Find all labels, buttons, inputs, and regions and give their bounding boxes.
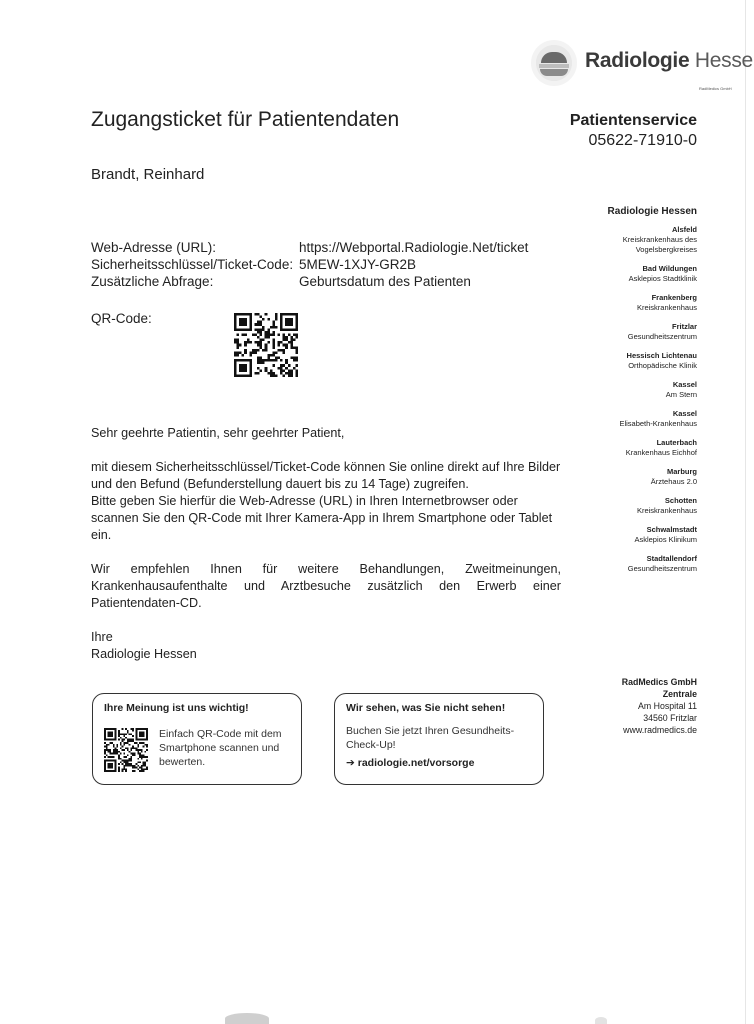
sidebar-brand: Radiologie Hessen — [608, 206, 697, 217]
salutation: Sehr geehrte Patientin, sehr geehrter Pa… — [91, 425, 561, 442]
location-facility: Krankenhaus Eichhof — [608, 448, 697, 458]
closing-ihre: Ihre — [91, 629, 561, 646]
location-facility: Vogelsbergkreises — [608, 245, 697, 255]
letter-body: Sehr geehrte Patientin, sehr geehrter Pa… — [91, 425, 561, 663]
location-item: FrankenbergKreiskrankenhaus — [608, 293, 697, 313]
location-facility: Kreiskrankenhaus — [608, 303, 697, 313]
location-item: StadtallendorfGesundheitszentrum — [608, 554, 697, 574]
promo-link-text[interactable]: radiologie.net/vorsorge — [358, 757, 475, 769]
patient-name: Brandt, Reinhard — [91, 166, 204, 183]
feedback-text: Einfach QR-Code mit dem Smartphone scann… — [159, 727, 289, 769]
location-city: Marburg — [608, 467, 697, 477]
field-additional-query: Zusätzliche Abfrage: Geburtsdatum des Pa… — [91, 273, 528, 290]
location-item: SchwalmstadtAsklepios Klinikum — [608, 525, 697, 545]
location-item: KasselAm Stern — [608, 380, 697, 400]
field-label: Web-Adresse (URL): — [91, 239, 299, 256]
field-ticket-code: Sicherheitsschlüssel/Ticket-Code: 5MEW-1… — [91, 256, 528, 273]
location-item: AlsfeldKreiskrankenhaus desVogelsbergkre… — [608, 225, 697, 255]
headquarters-address: RadMedics GmbH Zentrale Am Hospital 11 3… — [622, 676, 697, 736]
logo-wordmark: Radiologie Hessen — [585, 49, 754, 73]
location-city: Kassel — [608, 409, 697, 419]
radiologie-logo-icon — [531, 40, 577, 86]
headquarters-label: Zentrale — [622, 688, 697, 700]
radiologie-hessen-logo: Radiologie Hessen RadMedics GmbH — [531, 40, 743, 92]
paragraph-recommendation: Wir empfehlen Ihnen für weitere Behandlu… — [91, 561, 561, 612]
field-label: Zusätzliche Abfrage: — [91, 273, 299, 290]
location-item: KasselElisabeth-Krankenhaus — [608, 409, 697, 429]
location-facility: Asklepios Stadtklinik — [608, 274, 697, 284]
field-url: Web-Adresse (URL): https://Webportal.Rad… — [91, 239, 528, 256]
paragraph-access: mit diesem Sicherheitsschlüssel/Ticket-C… — [91, 459, 561, 493]
feedback-heading: Ihre Meinung ist uns wichtig! — [104, 702, 249, 714]
website-link[interactable]: www.radmedics.de — [622, 724, 697, 736]
location-facility: Gesundheitszentrum — [608, 332, 697, 342]
location-city: Fritzlar — [608, 322, 697, 332]
arrow-right-icon: ➔ — [346, 757, 355, 769]
company-name: RadMedics GmbH — [622, 676, 697, 688]
document-title: Zugangsticket für Patientendaten — [91, 108, 399, 132]
service-label: Patientenservice — [570, 112, 697, 130]
location-city: Schotten — [608, 496, 697, 506]
location-city: Frankenberg — [608, 293, 697, 303]
field-value-ticket-code: 5MEW-1XJY-GR2B — [299, 256, 416, 273]
location-facility: Orthopädische Klinik — [608, 361, 697, 371]
location-item: MarburgÄrztehaus 2.0 — [608, 467, 697, 487]
location-facility: Elisabeth-Krankenhaus — [608, 419, 697, 429]
field-value-additional-query: Geburtsdatum des Patienten — [299, 273, 471, 290]
field-value-url[interactable]: https://Webportal.Radiologie.Net/ticket — [299, 239, 528, 256]
location-facility: Ärztehaus 2.0 — [608, 477, 697, 487]
promo-heading: Wir sehen, was Sie nicht sehen! — [346, 702, 505, 714]
location-item: FritzlarGesundheitszentrum — [608, 322, 697, 342]
scan-page-edge — [745, 0, 746, 1024]
location-city: Hessisch Lichtenau — [608, 351, 697, 361]
promo-link[interactable]: ➔ radiologie.net/vorsorge — [346, 757, 474, 769]
patient-service: Patientenservice 05622-71910-0 — [570, 112, 697, 150]
feedback-qr-code-icon[interactable] — [104, 728, 148, 772]
promo-box: Wir sehen, was Sie nicht sehen! Buchen S… — [334, 693, 544, 785]
location-city: Alsfeld — [608, 225, 697, 235]
location-facility: Kreiskrankenhaus des — [608, 235, 697, 245]
location-facility: Gesundheitszentrum — [608, 564, 697, 574]
location-item: SchottenKreiskrankenhaus — [608, 496, 697, 516]
locations-sidebar: Radiologie Hessen AlsfeldKreiskrankenhau… — [608, 206, 697, 583]
location-item: Bad WildungenAsklepios Stadtklinik — [608, 264, 697, 284]
qr-code-icon[interactable] — [234, 313, 298, 377]
scan-smudge — [225, 1013, 269, 1024]
location-city: Lauterbach — [608, 438, 697, 448]
location-item: LauterbachKrankenhaus Eichhof — [608, 438, 697, 458]
location-facility: Kreiskrankenhaus — [608, 506, 697, 516]
scan-smudge — [595, 1017, 607, 1024]
location-facility: Asklepios Klinikum — [608, 535, 697, 545]
field-label: Sicherheitsschlüssel/Ticket-Code: — [91, 256, 299, 273]
location-city: Bad Wildungen — [608, 264, 697, 274]
location-item: Hessisch LichtenauOrthopädische Klinik — [608, 351, 697, 371]
location-facility: Am Stern — [608, 390, 697, 400]
access-fields: Web-Adresse (URL): https://Webportal.Rad… — [91, 239, 528, 290]
qr-code-label: QR-Code: — [91, 311, 152, 326]
logo-subtitle: RadMedics GmbH — [699, 86, 732, 91]
promo-text: Buchen Sie jetzt Ihren Gesundheits-Check… — [346, 724, 536, 752]
service-phone: 05622-71910-0 — [570, 132, 697, 150]
closing-signature: Radiologie Hessen — [91, 646, 561, 663]
locations-list: AlsfeldKreiskrankenhaus desVogelsbergkre… — [608, 225, 697, 574]
location-city: Schwalmstadt — [608, 525, 697, 535]
feedback-box: Ihre Meinung ist uns wichtig! Einfach QR… — [92, 693, 302, 785]
location-city: Kassel — [608, 380, 697, 390]
location-city: Stadtallendorf — [608, 554, 697, 564]
paragraph-instructions: Bitte geben Sie hierfür die Web-Adresse … — [91, 493, 561, 544]
street: Am Hospital 11 — [622, 700, 697, 712]
city: 34560 Fritzlar — [622, 712, 697, 724]
